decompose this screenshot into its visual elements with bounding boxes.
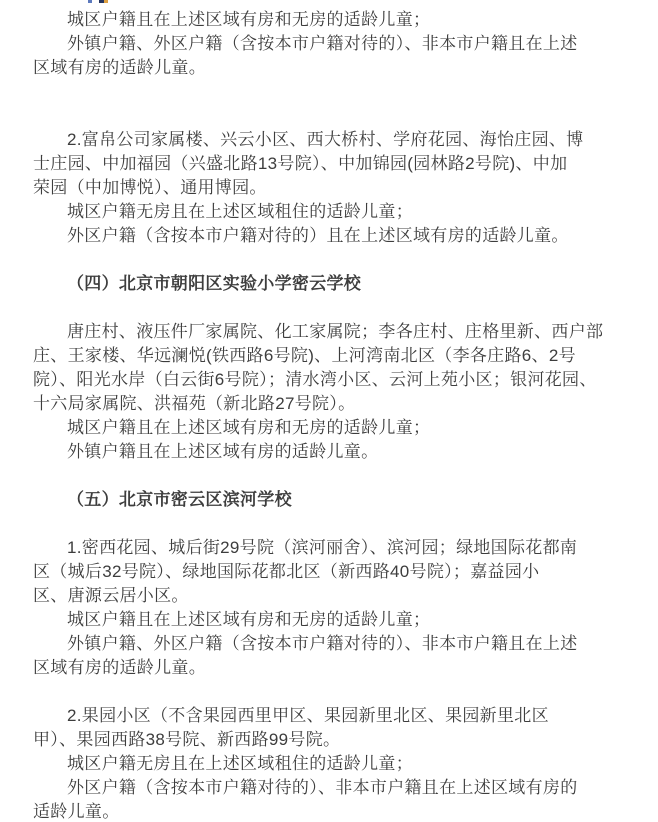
paragraph-eligibility: 外镇户籍、外区户籍（含按本市户籍对待的）、非本市户籍且在上述 区域有房的适龄儿童… (33, 32, 654, 80)
text-line: 2.果园小区（不含果园西里甲区、果园新里北区、果园新里北区 (33, 704, 654, 728)
text-line: 外镇户籍且在上述区域有房的适龄儿童。 (33, 440, 654, 464)
blank-line (33, 512, 654, 536)
text-line: 十六局家属院、洪福苑（新北路27号院）。 (33, 392, 654, 416)
clipped-text-mark (104, 0, 108, 3)
text-line: 外镇户籍、外区户籍（含按本市户籍对待的）、非本市户籍且在上述 (33, 632, 654, 656)
paragraph-eligibility: 外区户籍（含按本市户籍对待的）且在上述区域有房的适龄儿童。 (33, 224, 654, 248)
text-line: 庄、王家楼、华远澜悦(铁西路6号院)、上河湾南北区（李各庄路6、2号 (33, 344, 654, 368)
paragraph-eligibility: 外镇户籍、外区户籍（含按本市户籍对待的）、非本市户籍且在上述 区域有房的适龄儿童… (33, 632, 654, 680)
text-line: 适龄儿童。 (33, 800, 654, 822)
section-heading-5: （五）北京市密云区滨河学校 (33, 488, 654, 512)
text-line: 区、唐源云居小区。 (33, 584, 654, 608)
text-line: 甲）、果园西路38号院、新西路99号院。 (33, 728, 654, 752)
article-body: 城区户籍且在上述区域有房和无房的适龄儿童； 外镇户籍、外区户籍（含按本市户籍对待… (0, 0, 658, 822)
paragraph-eligibility: 外区户籍（含按本市户籍对待的）、非本市户籍且在上述区域有房的 适龄儿童。 (33, 776, 654, 822)
blank-line (33, 248, 654, 272)
text-line: 士庄园、中加福园（兴盛北路13号院）、中加锦园(园林路2号院)、中加 (33, 152, 654, 176)
text-line: 院）、阳光水岸（白云街6号院）；清水湾小区、云河上苑小区；银河花园、 (33, 368, 654, 392)
blank-line (33, 80, 654, 104)
text-line: 外区户籍（含按本市户籍对待的）、非本市户籍且在上述区域有房的 (33, 776, 654, 800)
text-line: 城区户籍且在上述区域有房和无房的适龄儿童； (33, 608, 654, 632)
paragraph-community-list: 2.果园小区（不含果园西里甲区、果园新里北区、果园新里北区 甲）、果园西路38号… (33, 704, 654, 752)
clipped-text-mark (88, 0, 92, 3)
paragraph-eligibility: 城区户籍无房且在上述区域租住的适龄儿童； (33, 200, 654, 224)
text-line: 唐庄村、液压件厂家属院、化工家属院；李各庄村、庄格里新、西户部 (33, 320, 654, 344)
heading-text: （四）北京市朝阳区实验小学密云学校 (33, 272, 654, 296)
text-line: 荣园（中加博悦）、通用博园。 (33, 176, 654, 200)
text-line: 1.密西花园、城后街29号院（滨河丽舍）、滨河园；绿地国际花都南 (33, 536, 654, 560)
paragraph-eligibility: 城区户籍且在上述区域有房和无房的适龄儿童； (33, 8, 654, 32)
text-line: 外区户籍（含按本市户籍对待的）且在上述区域有房的适龄儿童。 (33, 224, 654, 248)
blank-line (33, 464, 654, 488)
blank-line (33, 680, 654, 704)
paragraph-community-list: 1.密西花园、城后街29号院（滨河丽舍）、滨河园；绿地国际花都南 区（城后32号… (33, 536, 654, 608)
paragraph-community-list: 2.富帛公司家属楼、兴云小区、西大桥村、学府花园、海怡庄园、博 士庄园、中加福园… (33, 128, 654, 200)
text-line: 区域有房的适龄儿童。 (33, 56, 654, 80)
paragraph-eligibility: 城区户籍且在上述区域有房和无房的适龄儿童； (33, 416, 654, 440)
text-line: 城区户籍无房且在上述区域租住的适龄儿童； (33, 752, 654, 776)
blank-line (33, 296, 654, 320)
paragraph-eligibility: 城区户籍无房且在上述区域租住的适龄儿童； (33, 752, 654, 776)
text-line: 区（城后32号院）、绿地国际花都北区（新西路40号院）；嘉益园小 (33, 560, 654, 584)
blank-line (33, 104, 654, 128)
section-heading-4: （四）北京市朝阳区实验小学密云学校 (33, 272, 654, 296)
text-line: 2.富帛公司家属楼、兴云小区、西大桥村、学府花园、海怡庄园、博 (33, 128, 654, 152)
paragraph-eligibility: 外镇户籍且在上述区域有房的适龄儿童。 (33, 440, 654, 464)
text-line: 城区户籍且在上述区域有房和无房的适龄儿童； (33, 8, 654, 32)
paragraph-community-list: 唐庄村、液压件厂家属院、化工家属院；李各庄村、庄格里新、西户部 庄、王家楼、华远… (33, 320, 654, 416)
text-line: 城区户籍且在上述区域有房和无房的适龄儿童； (33, 416, 654, 440)
text-line: 区域有房的适龄儿童。 (33, 656, 654, 680)
text-line: 外镇户籍、外区户籍（含按本市户籍对待的）、非本市户籍且在上述 (33, 32, 654, 56)
paragraph-eligibility: 城区户籍且在上述区域有房和无房的适龄儿童； (33, 608, 654, 632)
clipped-line-fragment (33, 0, 654, 8)
text-line: 城区户籍无房且在上述区域租住的适龄儿童； (33, 200, 654, 224)
heading-text: （五）北京市密云区滨河学校 (33, 488, 654, 512)
